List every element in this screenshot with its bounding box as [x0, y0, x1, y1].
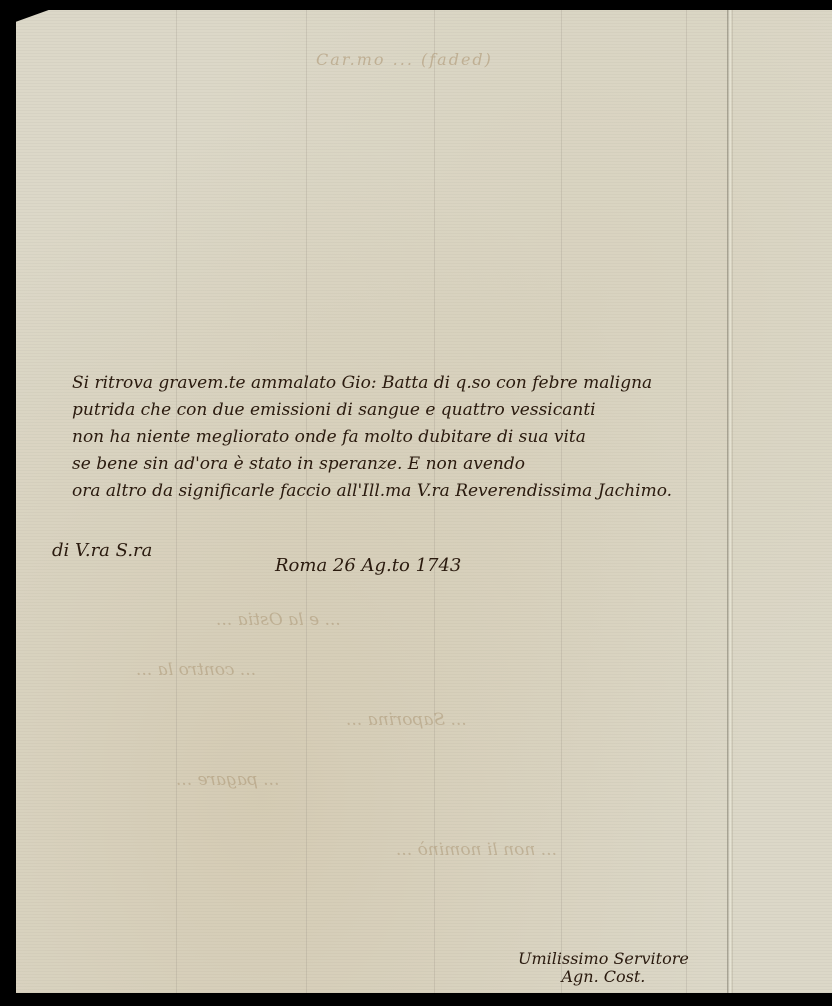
bleed-through-text: ... Saporina ...	[346, 710, 467, 730]
letter-dateline: Roma 26 Ag.to 1743	[275, 555, 461, 576]
signature-block: Umilissimo Servitore Agn. Cost.	[518, 950, 689, 986]
letter-line: Si ritrova gravem.te ammalato Gio: Batta…	[72, 370, 732, 397]
letter-line: ora altro da significarle faccio all'Ill…	[72, 478, 732, 505]
faded-header-mark: Car.mo ... (faded)	[316, 50, 493, 69]
letter-line: putrida che con due emissioni di sangue …	[72, 397, 732, 424]
bleed-through-text: ... e la Ostia ...	[216, 610, 341, 630]
letter-line: se bene sin ad'ora è stato in speranze. …	[72, 451, 732, 478]
letter-closing: di V.ra S.ra	[52, 540, 152, 561]
bleed-through-text: ... pagare ...	[176, 770, 279, 790]
scan-border	[0, 993, 832, 1006]
signature-line: Agn. Cost.	[518, 968, 689, 986]
letter-line: non ha niente megliorato onde fa molto d…	[72, 424, 732, 451]
letter-body: Si ritrova gravem.te ammalato Gio: Batta…	[72, 370, 732, 505]
signature-line: Umilissimo Servitore	[518, 950, 689, 968]
bleed-through-text: ... contro la ...	[136, 660, 256, 680]
bleed-through-text: ... non li nominò ...	[396, 840, 557, 860]
